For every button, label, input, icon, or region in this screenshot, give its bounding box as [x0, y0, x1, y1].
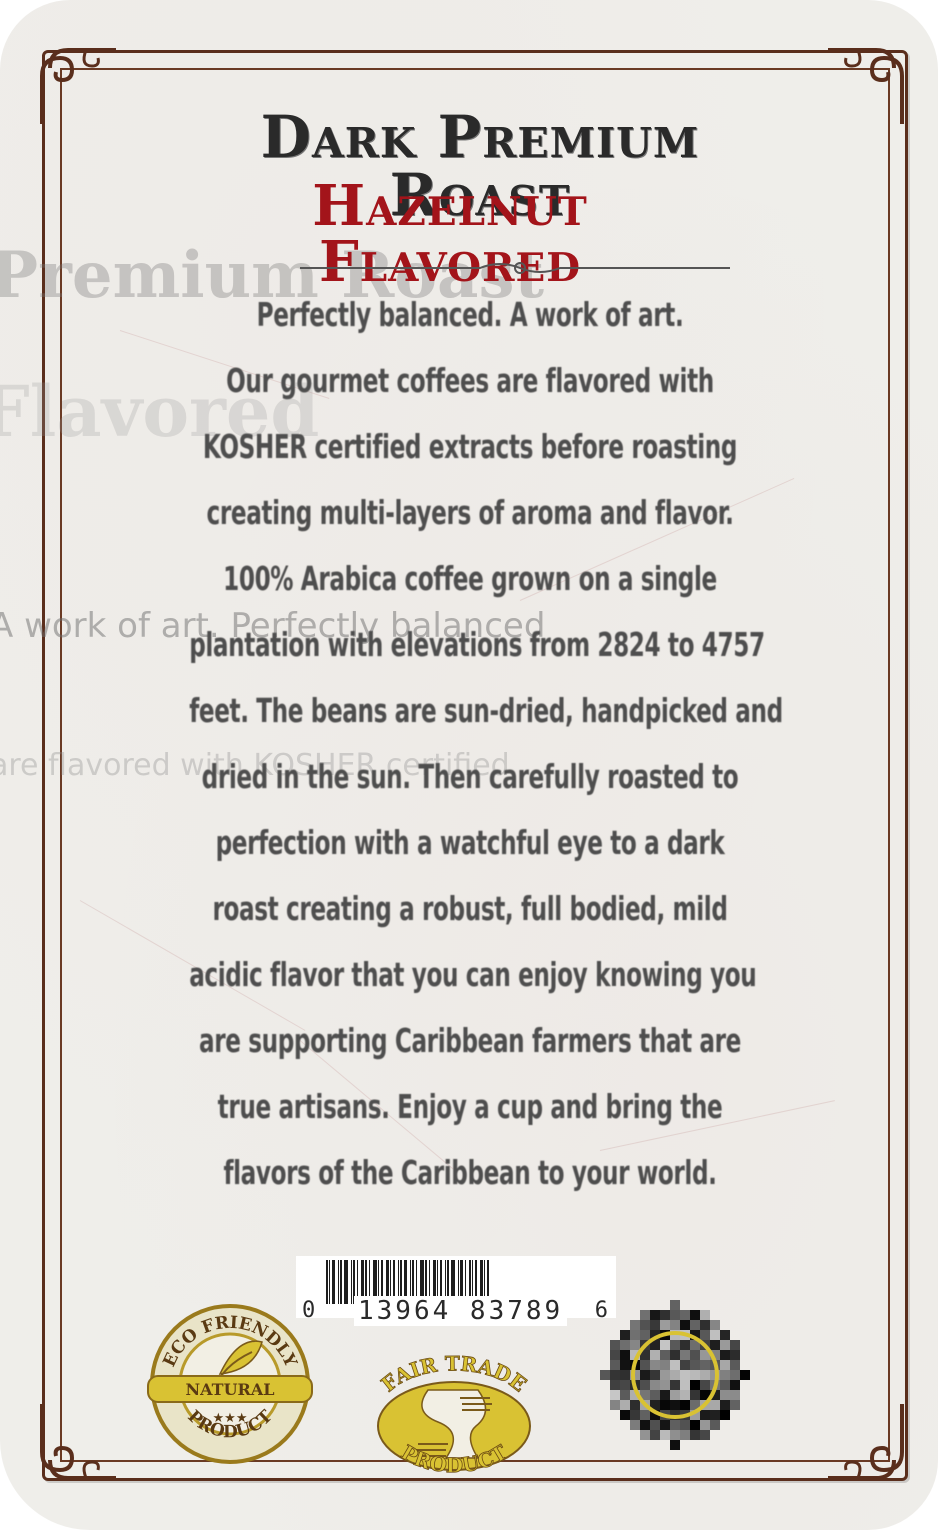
description-line: KOSHER certified extracts before roastin…: [189, 414, 751, 480]
description-line: are supporting Caribbean farmers that ar…: [189, 1008, 751, 1074]
divider-flourish-icon: [300, 258, 730, 278]
description-line: perfection with a watchful eye to a dark: [189, 810, 751, 876]
corner-flourish-icon: [28, 36, 118, 126]
certification-seal-icon: [600, 1300, 750, 1450]
description-line: dried in the sun. Then carefully roasted…: [189, 744, 751, 810]
description-line: acidic flavor that you can enjoy knowing…: [189, 942, 751, 1008]
eco-band-text: NATURAL: [186, 1380, 275, 1399]
description-line: true artisans. Enjoy a cup and bring the: [189, 1074, 751, 1140]
description-line: Perfectly balanced. A work of art.: [189, 282, 751, 348]
corner-flourish-icon: [28, 1402, 118, 1492]
stars-icon: ★★★: [213, 1410, 248, 1425]
description-line: feet. The beans are sun-dried, handpicke…: [189, 678, 751, 744]
corner-flourish-icon: [826, 1402, 916, 1492]
eco-friendly-badge: NATURAL ECO FRIENDLY PRODUCT ★★★: [142, 1296, 318, 1472]
coffee-label: Premium Roast Flavored A work of art. Pe…: [0, 0, 938, 1530]
description-line: flavors of the Caribbean to your world.: [189, 1140, 751, 1206]
description-line: 100% Arabica coffee grown on a single: [189, 546, 751, 612]
description-line: plantation with elevations from 2824 to …: [189, 612, 751, 678]
barcode: 0 13964 83789 6: [296, 1256, 616, 1318]
description-line: Our gourmet coffees are flavored with: [189, 348, 751, 414]
fair-trade-badge: FAIR TRADE PRODUCT: [368, 1346, 540, 1494]
product-description: Perfectly balanced. A work of art. Our g…: [110, 282, 830, 1206]
description-line: roast creating a robust, full bodied, mi…: [189, 876, 751, 942]
barcode-main-digits: 13964 83789: [354, 1296, 567, 1326]
description-line: creating multi-layers of aroma and flavo…: [189, 480, 751, 546]
corner-flourish-icon: [826, 36, 916, 126]
